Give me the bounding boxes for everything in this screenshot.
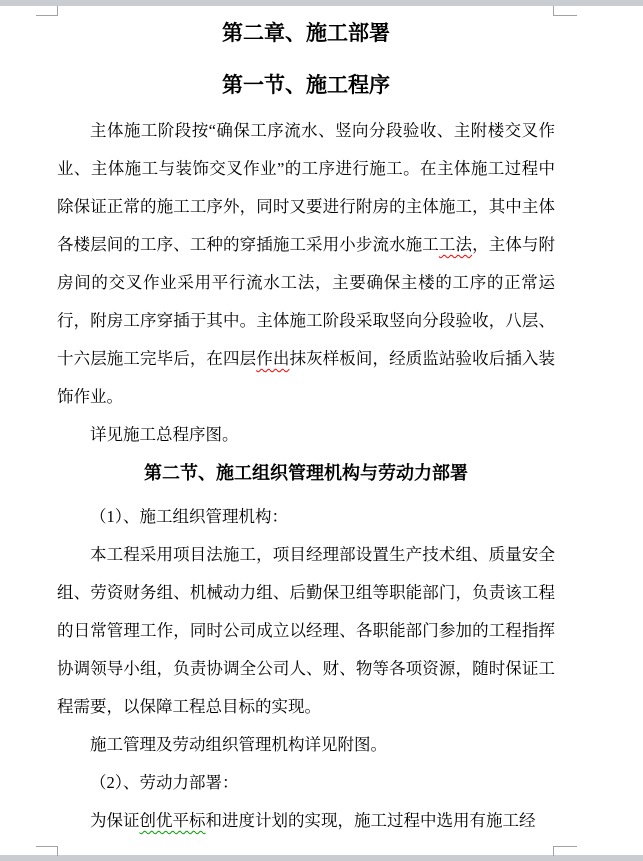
paragraph-see-general-procedure[interactable]: 详见施工总程序图。 bbox=[57, 416, 555, 454]
margin-crop-mark-top-left bbox=[36, 6, 58, 16]
section2-title[interactable]: 第二节、施工组织管理机构与劳动力部署 bbox=[57, 458, 555, 488]
section1-title[interactable]: 第一节、施工程序 bbox=[57, 70, 555, 102]
margin-crop-mark-bottom-right bbox=[553, 846, 577, 856]
chapter-title[interactable]: 第二章、施工部署 bbox=[57, 18, 555, 50]
paragraph-see-attached-diagram[interactable]: 施工管理及劳动组织管理机构详见附图。 bbox=[57, 726, 555, 764]
paragraph-org-structure-body[interactable]: 本工程采用项目法施工，项目经理部设置生产技术组、质量安全组、劳资财务组、机械动力… bbox=[57, 536, 555, 726]
spell-check-underline: 作出 bbox=[256, 349, 289, 368]
paragraph-org-structure-heading[interactable]: （1）、施工组织管理机构： bbox=[57, 498, 555, 536]
paragraph-construction-procedure[interactable]: 主体施工阶段按“确保工序流水、竖向分段验收、主附楼交叉作业、主体施工与装饰交叉作… bbox=[57, 112, 555, 416]
spell-check-underline: 工法 bbox=[439, 235, 472, 254]
document-text-area[interactable]: 第二章、施工部署 第一节、施工程序 主体施工阶段按“确保工序流水、竖向分段验收、… bbox=[57, 6, 555, 840]
paragraph-labor-body[interactable]: 为保证创优平标和进度计划的实现，施工过程中选用有施工经 bbox=[57, 802, 555, 840]
window-edge-strip-bottom bbox=[0, 855, 643, 861]
grammar-check-underline: 创优平标 bbox=[140, 811, 206, 830]
paragraph-labor-heading[interactable]: （2）、劳动力部署： bbox=[57, 764, 555, 802]
margin-crop-mark-top-right bbox=[553, 6, 577, 16]
margin-crop-mark-bottom-left bbox=[36, 846, 58, 856]
